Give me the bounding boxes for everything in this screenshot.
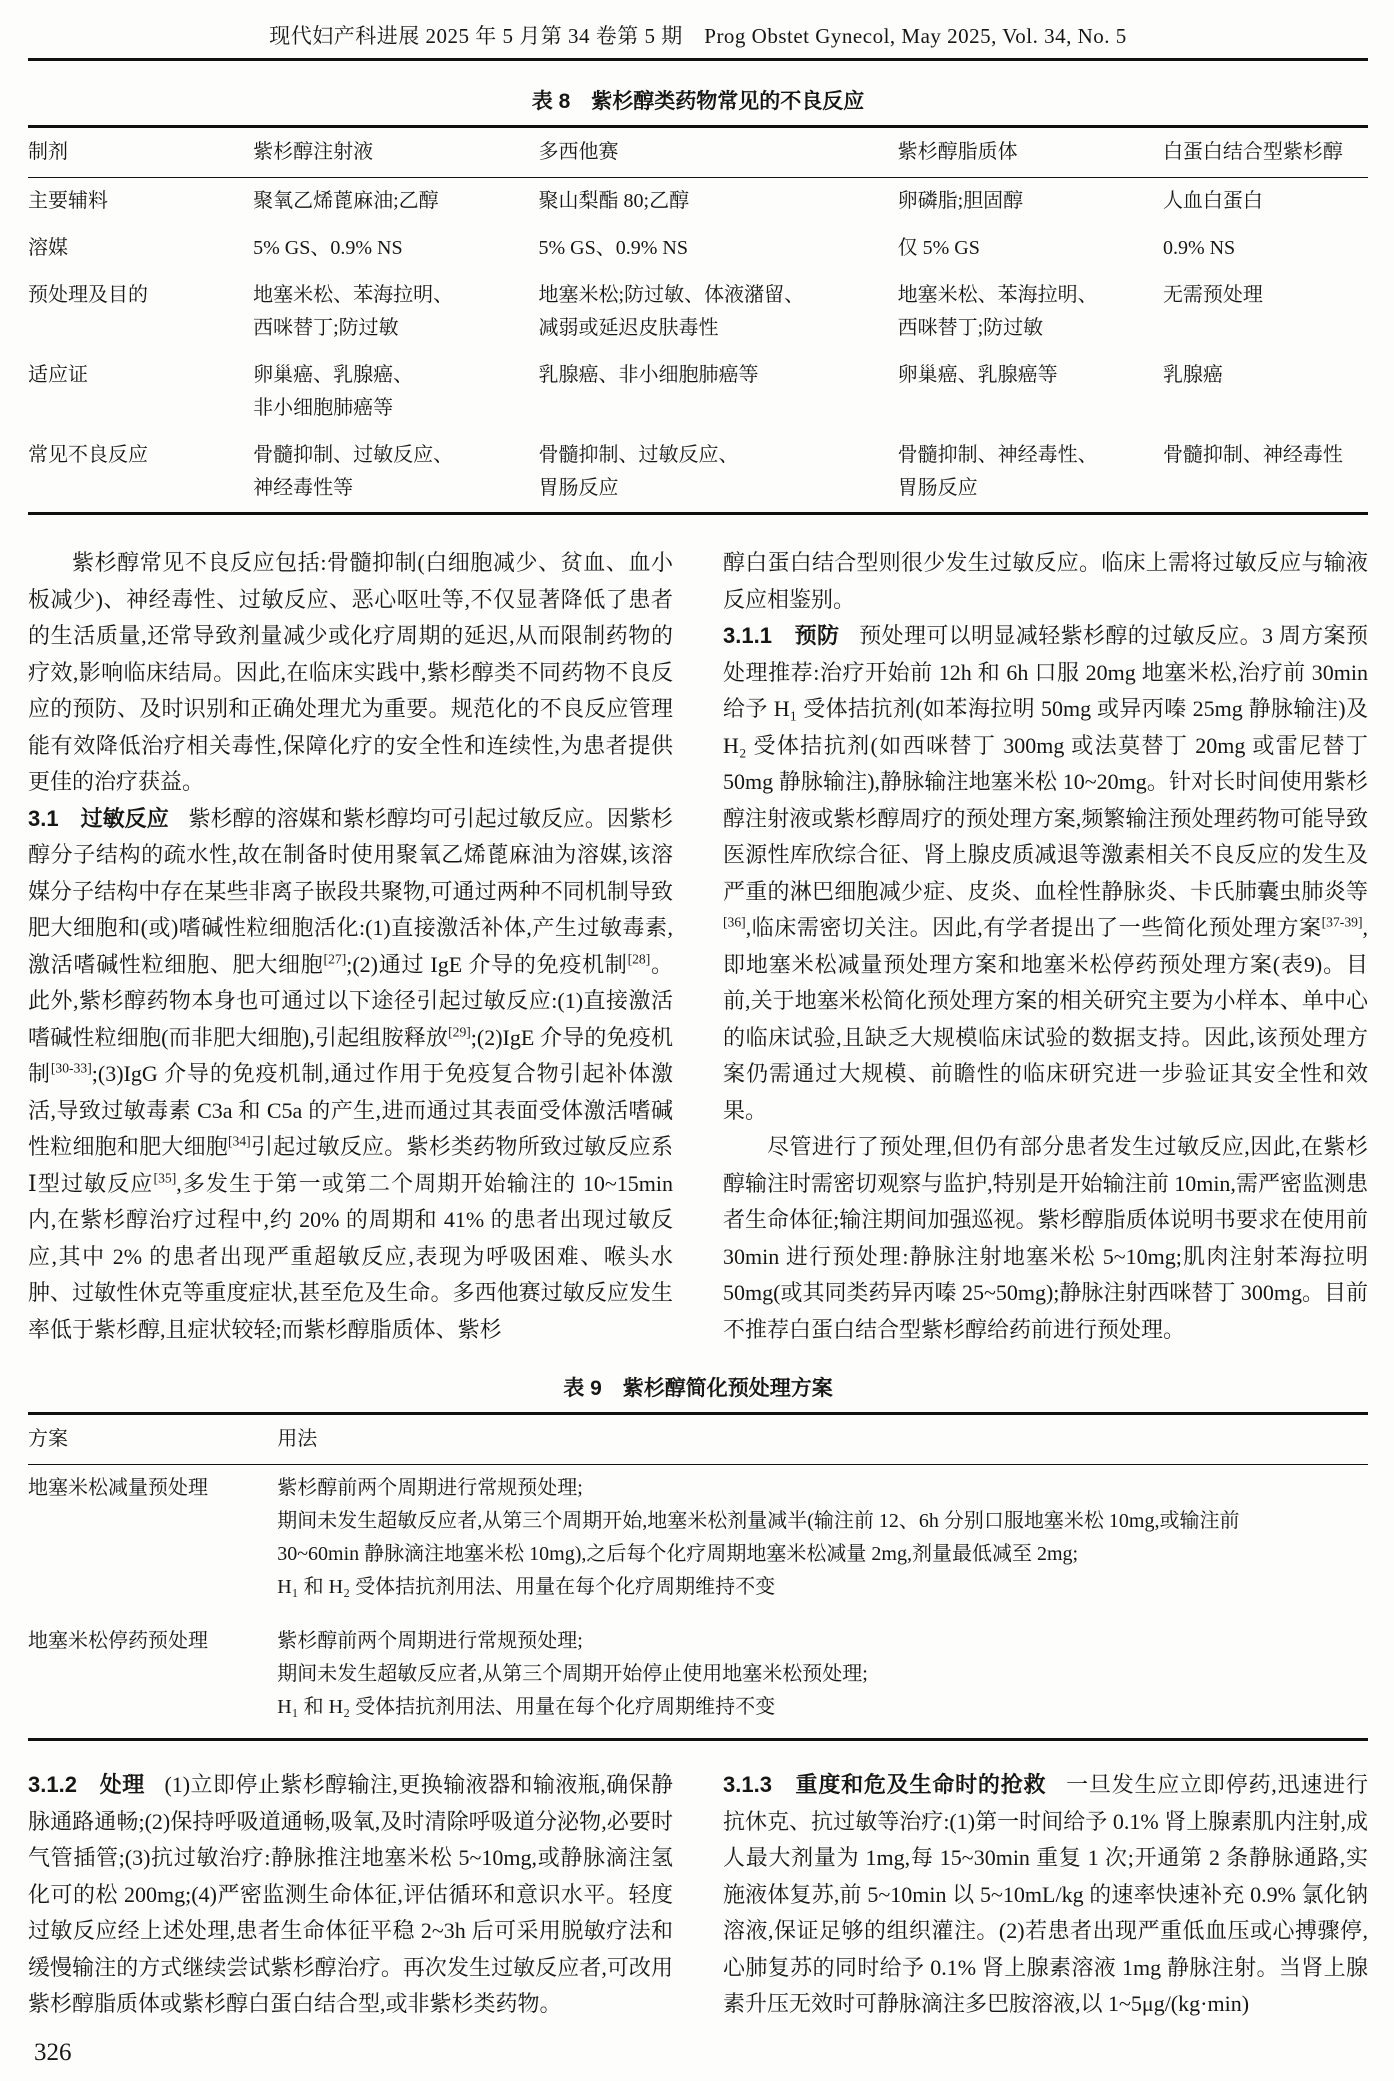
cell: 紫杉醇前两个周期进行常规预处理; 期间未发生超敏反应者,从第三个周期开始停止使用… [277, 1618, 1368, 1740]
row-label: 预处理及目的 [28, 272, 253, 352]
section-heading: 3.1 过敏反应 [28, 806, 169, 831]
section-text: 一旦发生应立即停药,迅速进行抗休克、抗过敏等治疗:(1)第一时间给予 0.1% … [723, 1772, 1368, 2016]
left-column: 3.1.2 处理(1)立即停止紫杉醇输注,更换输液器和输液瓶,确保静脉通路通畅;… [28, 1767, 673, 2023]
table9-col-header: 方案 [28, 1414, 277, 1465]
table8-col-header: 紫杉醇注射液 [253, 127, 538, 178]
left-column: 紫杉醇常见不良反应包括:骨髓抑制(白细胞减少、贫血、血小板减少)、神经毒性、过敏… [28, 545, 673, 1348]
table8-col-header: 紫杉醇脂质体 [898, 127, 1163, 178]
cell: 骨髓抑制、过敏反应、 神经毒性等 [253, 432, 538, 514]
running-head-rule [28, 58, 1368, 61]
table8-col-header: 制剂 [28, 127, 253, 178]
paragraph: 尽管进行了预处理,但仍有部分患者发生过敏反应,因此,在紫杉醇输注时需密切观察与监… [723, 1129, 1368, 1348]
journal-page: 现代妇产科进展 2025 年 5 月第 34 卷第 5 期 Prog Obste… [0, 0, 1394, 2081]
section-text: 预处理可以明显减轻紫杉醇的过敏反应。3 周方案预处理推荐:治疗开始前 12h 和… [723, 623, 1368, 1123]
cell: 骨髓抑制、神经毒性、 胃肠反应 [898, 432, 1163, 514]
table-row: 适应证 卵巢癌、乳腺癌、 非小细胞肺癌等 乳腺癌、非小细胞肺癌等 卵巢癌、乳腺癌… [28, 352, 1368, 432]
cell: 卵巢癌、乳腺癌等 [898, 352, 1163, 432]
cell: 聚山梨酯 80;乙醇 [539, 178, 898, 226]
table-row: 预处理及目的 地塞米松、苯海拉明、 西咪替丁;防过敏 地塞米松;防过敏、体液潴留… [28, 272, 1368, 352]
section-3-1-1: 3.1.1 预防预处理可以明显减轻紫杉醇的过敏反应。3 周方案预处理推荐:治疗开… [723, 618, 1368, 1129]
cell: 卵巢癌、乳腺癌、 非小细胞肺癌等 [253, 352, 538, 432]
cell: 地塞米松、苯海拉明、 西咪替丁;防过敏 [898, 272, 1163, 352]
cell: 地塞米松;防过敏、体液潴留、 减弱或延迟皮肤毒性 [539, 272, 898, 352]
cell: 骨髓抑制、过敏反应、 胃肠反应 [539, 432, 898, 514]
journal-running-head: 现代妇产科进展 2025 年 5 月第 34 卷第 5 期 Prog Obste… [28, 20, 1368, 58]
row-label: 溶媒 [28, 225, 253, 272]
body-block-1: 紫杉醇常见不良反应包括:骨髓抑制(白细胞减少、贫血、血小板减少)、神经毒性、过敏… [28, 545, 1368, 1348]
table8: 制剂 紫杉醇注射液 多西他赛 紫杉醇脂质体 白蛋白结合型紫杉醇 主要辅料 聚氧乙… [28, 125, 1368, 515]
table-row: 地塞米松停药预处理 紫杉醇前两个周期进行常规预处理; 期间未发生超敏反应者,从第… [28, 1618, 1368, 1740]
right-column: 3.1.3 重度和危及生命时的抢救一旦发生应立即停药,迅速进行抗休克、抗过敏等治… [723, 1767, 1368, 2023]
table9: 方案 用法 地塞米松减量预处理 紫杉醇前两个周期进行常规预处理; 期间未发生超敏… [28, 1412, 1368, 1741]
paragraph: 紫杉醇常见不良反应包括:骨髓抑制(白细胞减少、贫血、血小板减少)、神经毒性、过敏… [28, 545, 673, 801]
row-label: 主要辅料 [28, 178, 253, 226]
cell: 5% GS、0.9% NS [253, 225, 538, 272]
cell: 聚氧乙烯蓖麻油;乙醇 [253, 178, 538, 226]
section-heading: 3.1.3 重度和危及生命时的抢救 [723, 1772, 1046, 1797]
paragraph-continuation: 醇白蛋白结合型则很少发生过敏反应。临床上需将过敏反应与输液反应相鉴别。 [723, 545, 1368, 618]
row-label: 常见不良反应 [28, 432, 253, 514]
row-label: 地塞米松停药预处理 [28, 1618, 277, 1740]
cell: 紫杉醇前两个周期进行常规预处理; 期间未发生超敏反应者,从第三个周期开始,地塞米… [277, 1465, 1368, 1619]
table-row: 溶媒 5% GS、0.9% NS 5% GS、0.9% NS 仅 5% GS 0… [28, 225, 1368, 272]
cell: 无需预处理 [1163, 272, 1368, 352]
section-heading: 3.1.2 处理 [28, 1772, 145, 1797]
table8-header-row: 制剂 紫杉醇注射液 多西他赛 紫杉醇脂质体 白蛋白结合型紫杉醇 [28, 127, 1368, 178]
table8-title: 表 8 紫杉醇类药物常见的不良反应 [28, 85, 1368, 115]
cell: 5% GS、0.9% NS [539, 225, 898, 272]
section-text: (1)立即停止紫杉醇输注,更换输液器和输液瓶,确保静脉通路通畅;(2)保持呼吸道… [28, 1772, 673, 2016]
section-3-1-2: 3.1.2 处理(1)立即停止紫杉醇输注,更换输液器和输液瓶,确保静脉通路通畅;… [28, 1767, 673, 2023]
table-row: 地塞米松减量预处理 紫杉醇前两个周期进行常规预处理; 期间未发生超敏反应者,从第… [28, 1465, 1368, 1619]
section-3-1: 3.1 过敏反应紫杉醇的溶媒和紫杉醇均可引起过敏反应。因紫杉醇分子结构的疏水性,… [28, 801, 673, 1349]
cell: 乳腺癌 [1163, 352, 1368, 432]
table8-col-header: 多西他赛 [539, 127, 898, 178]
table-row: 常见不良反应 骨髓抑制、过敏反应、 神经毒性等 骨髓抑制、过敏反应、 胃肠反应 … [28, 432, 1368, 514]
cell: 骨髓抑制、神经毒性 [1163, 432, 1368, 514]
cell: 0.9% NS [1163, 225, 1368, 272]
cell: 地塞米松、苯海拉明、 西咪替丁;防过敏 [253, 272, 538, 352]
table-row: 主要辅料 聚氧乙烯蓖麻油;乙醇 聚山梨酯 80;乙醇 卵磷脂;胆固醇 人血白蛋白 [28, 178, 1368, 226]
row-label: 地塞米松减量预处理 [28, 1465, 277, 1619]
table9-col-header: 用法 [277, 1414, 1368, 1465]
cell: 卵磷脂;胆固醇 [898, 178, 1163, 226]
row-label: 适应证 [28, 352, 253, 432]
section-text: 紫杉醇的溶媒和紫杉醇均可引起过敏反应。因紫杉醇分子结构的疏水性,故在制备时使用聚… [28, 806, 673, 1342]
cell: 乳腺癌、非小细胞肺癌等 [539, 352, 898, 432]
page-number: 326 [28, 2039, 1368, 2067]
table9-header-row: 方案 用法 [28, 1414, 1368, 1465]
cell: 人血白蛋白 [1163, 178, 1368, 226]
right-column: 醇白蛋白结合型则很少发生过敏反应。临床上需将过敏反应与输液反应相鉴别。 3.1.… [723, 545, 1368, 1348]
cell: 仅 5% GS [898, 225, 1163, 272]
section-3-1-3: 3.1.3 重度和危及生命时的抢救一旦发生应立即停药,迅速进行抗休克、抗过敏等治… [723, 1767, 1368, 2023]
section-heading: 3.1.1 预防 [723, 623, 839, 648]
table8-col-header: 白蛋白结合型紫杉醇 [1163, 127, 1368, 178]
table9-title: 表 9 紫杉醇简化预处理方案 [28, 1372, 1368, 1402]
body-block-2: 3.1.2 处理(1)立即停止紫杉醇输注,更换输液器和输液瓶,确保静脉通路通畅;… [28, 1767, 1368, 2023]
